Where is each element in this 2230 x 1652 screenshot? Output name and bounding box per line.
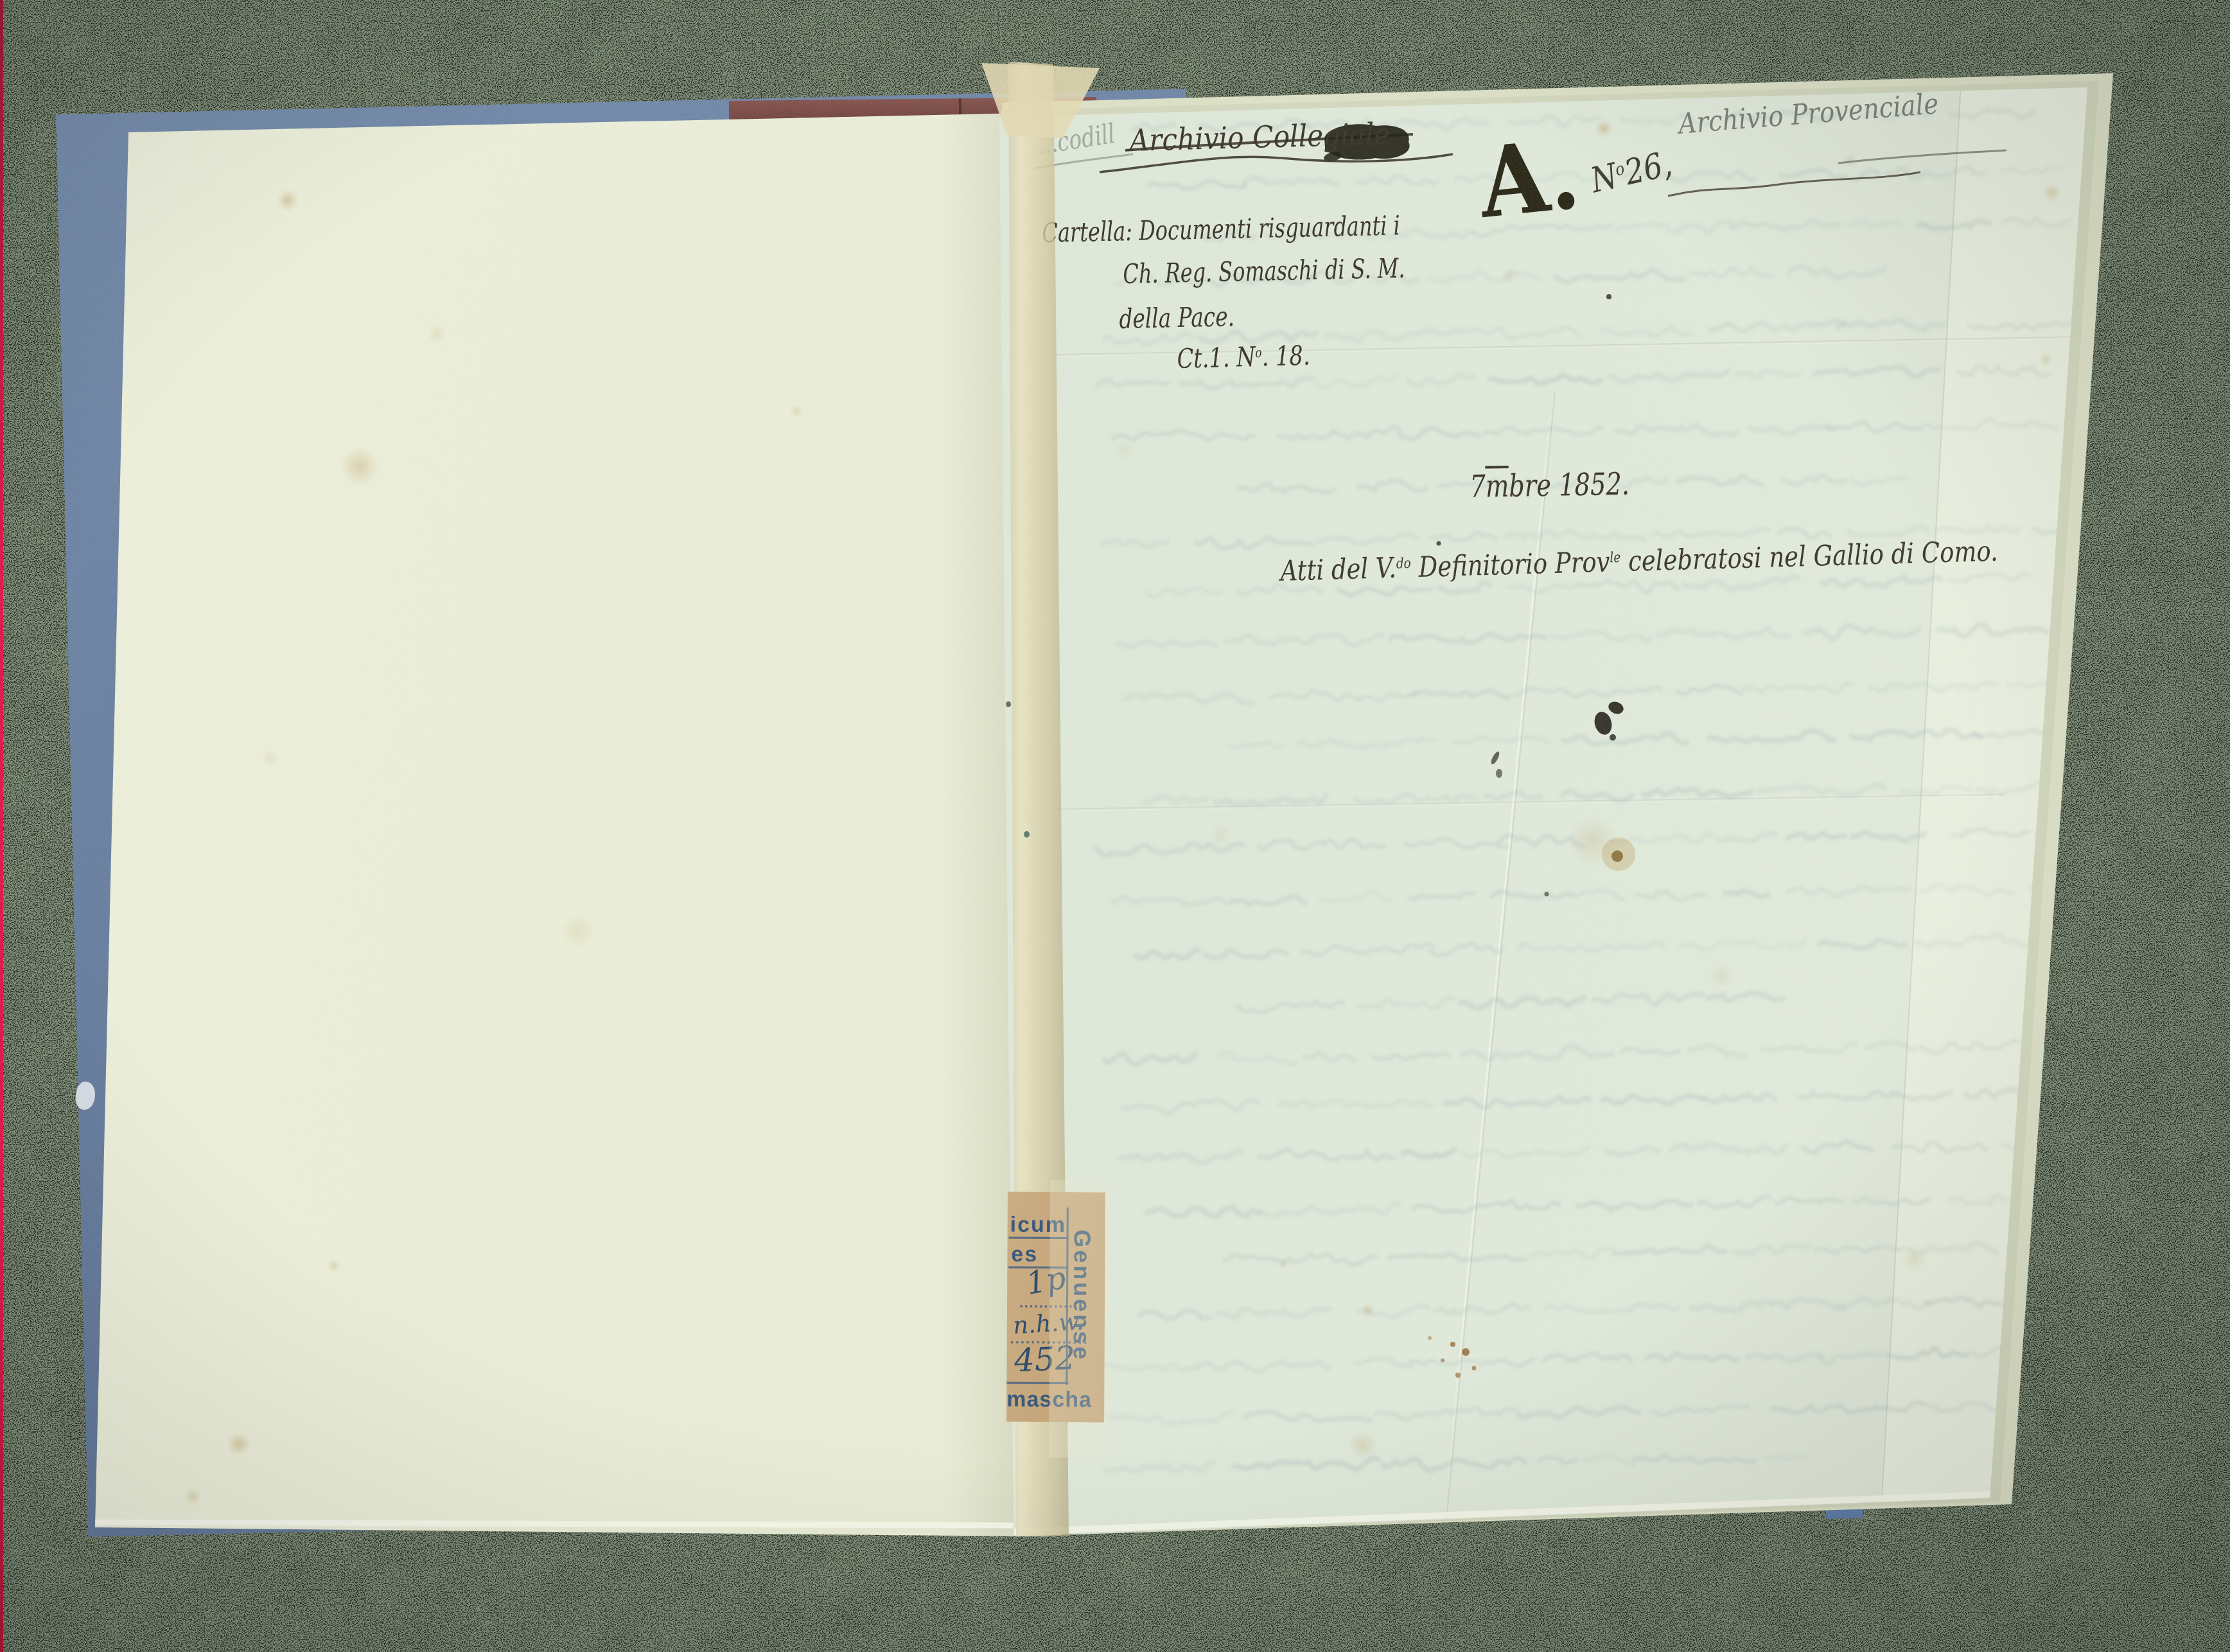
foxing-stain [227, 1432, 250, 1455]
photo-edge-stripe [0, 0, 3, 1652]
left-page-bottom-edge [94, 1519, 1024, 1528]
rust-stain-core [1611, 850, 1623, 862]
tape-speck-teal [1024, 831, 1030, 838]
ink-spot [1607, 699, 1626, 716]
foxing-stain [428, 325, 446, 343]
folder-note-line3: della Pace. [1119, 303, 1234, 333]
foxing-stain [790, 405, 803, 417]
archival-photo-scene: ...codill Archivio Collegiale Cartella: … [0, 0, 2230, 1652]
foxing-stain [185, 1489, 200, 1504]
foxing-stain [262, 750, 277, 766]
series-number-flourish [1668, 172, 1920, 196]
ink-speck [1437, 541, 1441, 546]
ink-spot [1592, 710, 1614, 737]
tape-speck-dark [1006, 701, 1011, 707]
ink-speck [1606, 294, 1611, 299]
folder-ref: Ct.1. No. 18. [1177, 342, 1310, 373]
provincial-underline [1838, 150, 2006, 163]
label-partial-second: es [1011, 1243, 1038, 1265]
folder-note-line1: Cartella: Documenti risguardanti i [1042, 212, 1400, 247]
foxing-stain [328, 1259, 340, 1272]
crossed-title-word2: Collegiale [1252, 116, 1391, 155]
ink-speck [1496, 769, 1502, 778]
date-note: 7mbre 1852. [1470, 469, 1629, 502]
foxing-stain [340, 447, 379, 486]
ink-spot [1610, 734, 1616, 741]
series-letter-stamp: A. [1475, 126, 1584, 232]
label-tape-gloss [1049, 1181, 1111, 1458]
foxing-stain [561, 915, 595, 948]
ink-speck [1489, 750, 1500, 765]
ink-speck [1545, 892, 1549, 897]
foxing-stain [277, 190, 298, 211]
crossed-title: Archivio Collegiale [1129, 119, 1391, 156]
crossed-title-word1: Archivio [1129, 120, 1245, 159]
folder-note-line2: Ch. Reg. Somaschi di S. M. [1123, 255, 1405, 288]
